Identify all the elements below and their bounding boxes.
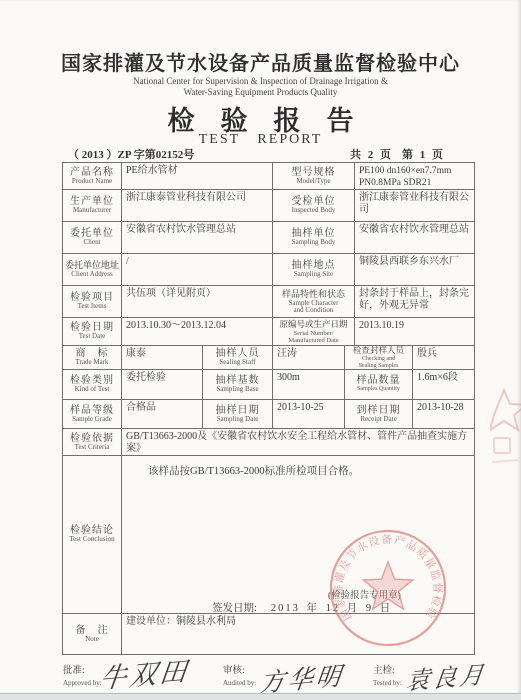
- issue-date-line: 签发日期:2013 年 12 月 9 日: [212, 600, 392, 613]
- label-en: Trade Mark: [76, 359, 109, 367]
- label-sample-condition: 样品特性和状态 Sample Character and Condition: [273, 286, 355, 317]
- value-product-name: PE给水管材: [122, 163, 273, 189]
- value-serial-number: 2013.10.19: [355, 318, 474, 345]
- label-receipt-date: 到样日期 Receipt Date: [345, 400, 413, 428]
- table-row-test-criteria: 检验依据 Test Criteria GB/T13663-2000及《安徽省农村…: [63, 429, 474, 456]
- label-cn: 检查封样人员: [353, 346, 404, 356]
- table-row-product: 产品名称 Product Name PE给水管材 型号规格 Model/Type…: [63, 163, 474, 190]
- approved-label-cn: 批准:: [63, 666, 85, 676]
- label-sampling-base: 抽样基数 Sampling Base: [203, 370, 273, 399]
- table-row-client: 委托单位 Client 安徽省农村饮水管理总站 抽样单位 Sampling Bo…: [63, 222, 474, 254]
- label-client-address: 委托单位地址 Client Address: [63, 254, 122, 285]
- label-test-conclusion: 检验结论 Test Conclusion: [63, 456, 122, 613]
- label-checking-sealing: 检查封样人员 Checking and Sealing Samples: [345, 346, 413, 369]
- page-count: 共 2 页 第 1 页: [350, 146, 443, 162]
- label-en: Receipt Date: [360, 416, 396, 424]
- table-row-conclusion: 检验结论 Test Conclusion 该样品按GB/T13663-2000标…: [63, 456, 474, 614]
- approved-signature: 牛双田: [98, 649, 193, 696]
- table-row-test-date: 检验日期 Test Date 2013.10.30～2013.12.04 原编号…: [63, 318, 474, 346]
- label-en: Sampling Site: [294, 271, 333, 279]
- value-kind-of-test: 委托检验: [122, 370, 203, 399]
- label-serial-number: 原编号或生产日期 Serial Number/ Manufactured Dat…: [273, 318, 355, 345]
- value-test-criteria: GB/T13663-2000及《安徽省农村饮水安全工程给水管材、管件产品抽查实施…: [122, 429, 474, 455]
- table-row-manufacturer: 生产单位 Manufacturer 浙江康泰管业科技有限公司 受检单位 Insp…: [63, 190, 474, 222]
- label-en: Test Criteria: [75, 444, 110, 452]
- value-client-address: /: [122, 254, 273, 285]
- value-client: 安徽省农村饮水管理总站: [122, 222, 273, 253]
- table-row-client-address: 委托单位地址 Client Address / 抽样地点 Sampling Si…: [63, 254, 474, 286]
- label-trademark: 商 标 Trade Mark: [63, 346, 122, 369]
- label-sample-grade: 样品等级 Sample Grade: [63, 400, 122, 428]
- label-en: Serial Number/ Manufactured Date: [288, 330, 338, 345]
- label-en: Sampling Body: [292, 239, 336, 247]
- approved-by-label: 批准: Approved by:: [63, 662, 102, 687]
- label-en: Test Date: [79, 333, 106, 341]
- organization-name-cn: 国家排灌及节水设备产品质量监督检验中心: [0, 47, 521, 76]
- label-model-type: 型号规格 Model/Type: [273, 163, 355, 189]
- issue-date-label: 签发日期:: [212, 603, 257, 613]
- value-checking-sealing: 殷兵: [413, 346, 474, 369]
- scan-bottom-edge: [0, 693, 521, 700]
- label-en: Client: [83, 239, 100, 247]
- label-sampling-date: 抽样日期 Sampling Date: [203, 400, 273, 428]
- value-sampling-body: 安徽省农村饮水管理总站: [355, 222, 474, 253]
- value-test-date: 2013.10.30～2013.12.04: [122, 318, 273, 345]
- label-en: Sample Character and Condition: [289, 300, 339, 315]
- label-en: Kind of Test: [75, 386, 110, 394]
- label-en: Model/Type: [296, 178, 330, 186]
- label-client: 委托单位 Client: [63, 222, 122, 253]
- value-trademark: 康泰: [122, 346, 203, 369]
- value-sampling-date: 2013-10-25: [273, 400, 345, 428]
- label-en: Client Address: [71, 271, 112, 279]
- table-row-sample-grade: 样品等级 Sample Grade 合格品 抽样日期 Sampling Date…: [63, 400, 474, 429]
- label-sealing-staff: 抽样人员 Sealing Staff: [203, 346, 273, 369]
- value-receipt-date: 2013-10-28: [413, 400, 474, 428]
- label-sampling-body: 抽样单位 Sampling Body: [273, 222, 355, 253]
- label-test-criteria: 检验依据 Test Criteria: [63, 429, 122, 455]
- label-en: Checking and Sealing Samples: [359, 356, 399, 370]
- stamp-note: (检验报告专用章): [328, 587, 401, 601]
- label-cn: 原编号或生产日期: [279, 319, 347, 330]
- label-en: Sampling Date: [217, 416, 259, 424]
- audited-by-label: 审核: Audited by:: [223, 662, 256, 687]
- value-manufacturer: 浙江康泰管业科技有限公司: [122, 190, 273, 221]
- scanned-test-report-page: { "header": { "org_cn": "国家排灌及节水设备产品质量监督…: [0, 0, 521, 700]
- tested-label-en: Tested by:: [373, 679, 402, 687]
- label-en: Sample Grade: [72, 416, 112, 424]
- approved-label-en: Approved by:: [63, 679, 102, 687]
- table-row-trademark: 商 标 Trade Mark 康泰 抽样人员 Sealing Staff 汪涛 …: [63, 346, 474, 370]
- value-sample-condition: 封条封于样品上，封条完好，外观无异常: [355, 286, 474, 317]
- label-cn: 样品数量: [357, 375, 401, 386]
- label-en: Test Items: [78, 303, 107, 311]
- label-note: 备 注 Note: [63, 614, 122, 654]
- audited-label-cn: 审核:: [223, 666, 245, 676]
- report-table: 产品名称 Product Name PE给水管材 型号规格 Model/Type…: [62, 162, 475, 655]
- label-samples-quantity: 样品数量 Samples Quantity: [345, 370, 413, 399]
- report-number: （ 2013 ）ZP 字第02152号: [68, 146, 194, 162]
- table-row-kind-of-test: 检验类别 Kind of Test 委托检验 抽样基数 Sampling Bas…: [63, 370, 474, 400]
- value-sampling-site: 铜陵县西联乡东兴水厂: [355, 254, 474, 285]
- table-row-note: 备 注 Note 建设单位：铜陵县水利局: [63, 614, 474, 654]
- value-inspected-body: 浙江康泰管业科技有限公司: [355, 190, 474, 221]
- label-cn: 样品特性和状态: [282, 289, 345, 300]
- label-sampling-site: 抽样地点 Sampling Site: [273, 254, 355, 285]
- label-en: Inspected Body: [292, 207, 336, 215]
- table-row-test-items: 检验项目 Test Items 共伍项（详见附页） 样品特性和状态 Sample…: [63, 286, 474, 318]
- label-en: Note: [85, 636, 99, 644]
- label-manufacturer: 生产单位 Manufacturer: [63, 190, 122, 221]
- value-model-type: PE100 dn160×en7.7mm PN0.8MPa SDR21: [355, 163, 474, 189]
- label-en: Test Conclusion: [69, 536, 114, 544]
- label-en: Samples Quantity: [357, 386, 400, 394]
- tested-signature: 袁良月: [404, 654, 489, 697]
- tested-by-label: 主检: Tested by:: [373, 662, 402, 687]
- value-sampling-base: 300m: [273, 370, 345, 399]
- label-inspected-body: 受检单位 Inspected Body: [273, 190, 355, 221]
- value-note: 建设单位：铜陵县水利局: [122, 614, 474, 654]
- value-test-items: 共伍项（详见附页）: [122, 286, 273, 317]
- value-sample-grade: 合格品: [122, 400, 203, 428]
- label-en: Sealing Staff: [219, 359, 255, 367]
- organization-name-en: National Center for Supervision & Inspec…: [0, 76, 521, 98]
- label-product-name: 产品名称 Product Name: [63, 163, 122, 189]
- audited-label-en: Audited by:: [223, 679, 256, 687]
- value-samples-quantity: 1.6m×6段: [413, 370, 474, 399]
- conclusion-cell: 该样品按GB/T13663-2000标准所检项目合格。 (检验报告专用章) 签发…: [122, 456, 474, 613]
- label-test-date: 检验日期 Test Date: [63, 318, 122, 345]
- issue-date-value: 2013 年 12 月 9 日: [271, 603, 392, 613]
- label-kind-of-test: 检验类别 Kind of Test: [63, 370, 122, 399]
- label-en: Product Name: [72, 178, 112, 186]
- value-sealing-staff: 汪涛: [273, 346, 345, 369]
- label-test-items: 检验项目 Test Items: [63, 286, 122, 317]
- label-en: Manufacturer: [73, 207, 111, 215]
- conclusion-text: 该样品按GB/T13663-2000标准所检项目合格。: [122, 456, 474, 478]
- tested-label-cn: 主检:: [373, 666, 395, 676]
- label-en: Sampling Base: [216, 386, 258, 394]
